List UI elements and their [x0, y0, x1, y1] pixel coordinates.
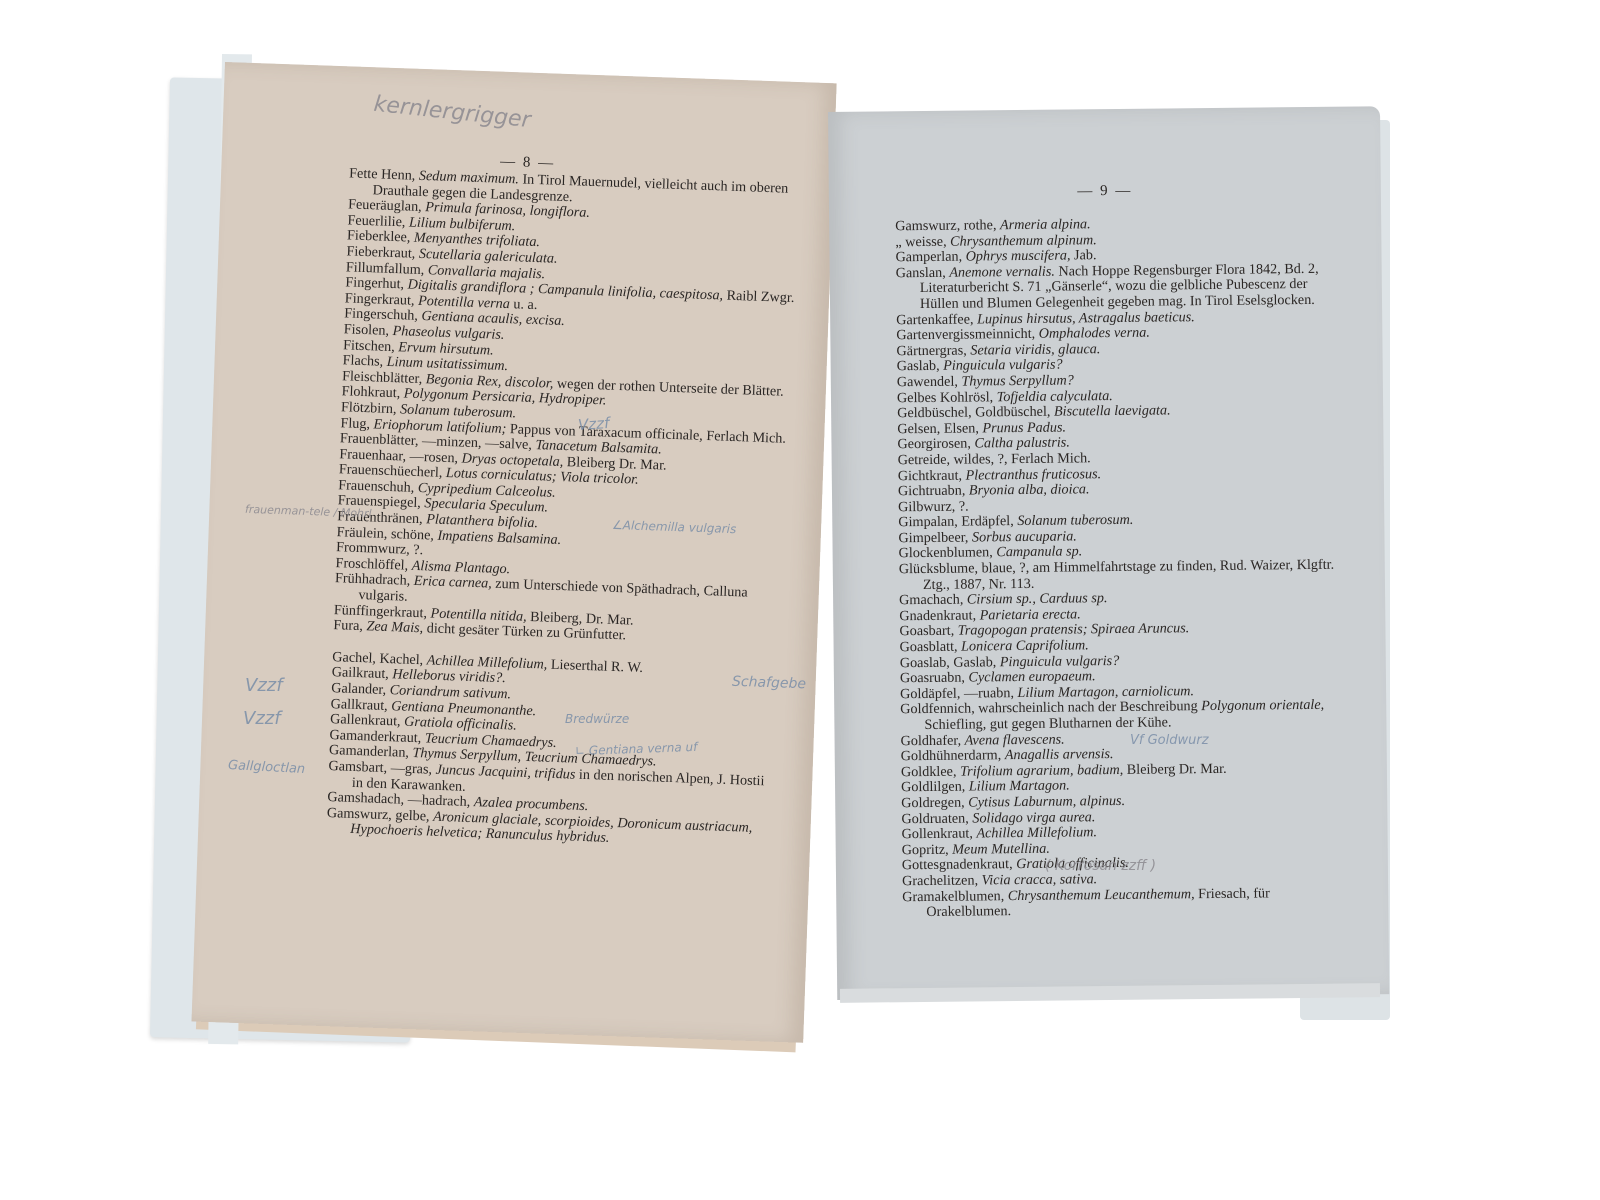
entry-term: Goldklee, — [901, 763, 957, 780]
entry-latin-name: Bryonia alba, dioica. — [969, 481, 1090, 498]
entry-term: Gärtnergras, — [896, 342, 966, 359]
entry-term: Goasruabn, — [900, 670, 965, 687]
entry-term: Gottesgnadenkraut, — [902, 856, 1013, 873]
entry-latin-name: Thymus Serpyllum? — [961, 372, 1073, 389]
entry-latin-name: Solanum tuberosum. — [1017, 512, 1133, 529]
entry-latin-name: Prunus Padus. — [982, 419, 1066, 436]
entry-term: Gaslab, — [897, 358, 940, 374]
entry-latin-name: Pinguicula vulgaris? — [1000, 653, 1120, 670]
entry-list: Gamswurz, rothe, Armeria alpina.„ weisse… — [895, 215, 1342, 921]
entry: Goldfennich, wahrscheinlich nach der Bes… — [900, 698, 1340, 734]
entry-latin-name: Setaria viridis, glauca. — [970, 341, 1100, 358]
entry-latin-name: Solidago virga aurea. — [972, 809, 1095, 826]
entry-latin-name: Anemone vernalis. — [949, 263, 1055, 280]
entry-latin-name: Chrysanthemum Leucanthemum, — [1008, 886, 1195, 904]
entry-latin-name: Tragopogan pratensis; Spiraea Aruncus. — [958, 621, 1190, 639]
entry-note: u. a. — [513, 296, 538, 313]
top-margin-note: kernlergrigger — [373, 92, 532, 133]
entry-term: Gimpelbeer, — [898, 529, 968, 546]
entry: Ganslan, Anemone vernalis. Nach Hoppe Re… — [896, 261, 1336, 312]
entry-latin-name: Cytisus Laburnum, alpinus. — [968, 793, 1125, 811]
entry-term: Goaslab, Gaslab, — [900, 654, 997, 671]
entry-latin-name: Achillea Millefolium. — [976, 824, 1097, 841]
entry-term: Gopritz, — [902, 842, 949, 858]
entry-term: Gamswurz, rothe, — [895, 217, 996, 234]
entry-term: Gichtkraut, — [898, 467, 962, 484]
entry-term: Goldregen, — [901, 795, 965, 812]
margin-note: Vf Goldwurz — [1130, 733, 1209, 748]
entry-latin-name: Cirsium sp., Carduus sp. — [967, 590, 1108, 607]
entry-latin-name: Erica carnea, — [414, 573, 493, 592]
entry: Gramakelblumen, Chrysanthemum Leucanthem… — [902, 885, 1342, 921]
entry-latin-name: Ophrys muscifera, — [966, 248, 1071, 265]
entry-term: Gamperlan, — [895, 249, 962, 266]
entry-term: Gmachach, — [899, 592, 963, 609]
entry-latin-name: Pinguicula vulgaris? — [943, 357, 1063, 374]
left-page: kernlergrigger — 8 — Fette Henn, Sedum m… — [191, 62, 836, 1043]
entry-term: Gelsen, Elsen, — [897, 420, 979, 437]
entry-term: Frühhadrach, — [335, 571, 411, 590]
entry-note: Lieserthal R. W. — [551, 657, 644, 676]
entry-term: Flachs, — [342, 352, 383, 369]
entry-term: Gichtruabn, — [898, 483, 966, 500]
margin-note: Vzzf — [245, 675, 283, 696]
entry-term: Glockenblumen, — [899, 545, 993, 562]
entry-latin-name: Plectranthus fruticosus. — [965, 466, 1101, 483]
entry-latin-name: Zea Mais, — [366, 619, 423, 637]
entry-term: Gartenkaffee, — [896, 311, 973, 328]
entry-latin-name: Tofjeldia calyculata. — [997, 388, 1113, 405]
entry-list: Fette Henn, Sedum maximum. In Tirol Maue… — [326, 166, 799, 852]
entry-term: Goldruaten, — [901, 810, 969, 827]
entry-latin-name: Omphalodes verna. — [1039, 325, 1150, 342]
entry-term: Goldäpfel, —ruabn, — [900, 685, 1014, 702]
margin-note: Schafgebe — [732, 674, 806, 693]
entry-term: Goldlilgen, — [901, 779, 965, 796]
entry-latin-name: Sorbus aucuparia. — [972, 528, 1077, 545]
entry-latin-name: Avena flavescens. — [965, 731, 1065, 748]
entry-latin-name: Lonicera Caprifolium. — [961, 637, 1089, 654]
entry-latin-name: Trifolium agrarium, badium, — [960, 762, 1123, 780]
entry-latin-name: Lilium Martagon. — [969, 778, 1070, 795]
entry-term: Gnadenkraut, — [899, 607, 976, 624]
entry-latin-name: Polygonum orientale, — [1201, 697, 1324, 714]
entry-latin-name: Lupinus hirsutus, Astragalus baeticus. — [977, 309, 1195, 327]
entry-term: Goasblatt, — [900, 639, 958, 656]
entry-term: Gramakelblumen, — [902, 888, 1004, 905]
entry-latin-name: Biscutella laevigata. — [1054, 403, 1171, 420]
entry-latin-name: Caltha palustris. — [974, 435, 1070, 452]
entry-term: Ganslan, — [896, 265, 946, 282]
entry-term: Fura, — [333, 617, 363, 634]
entry-term: Georgirosen, — [897, 436, 971, 453]
entry-note: Bleiberg Dr. Mar. — [1127, 761, 1227, 778]
entry-latin-name: Armeria alpina. — [1000, 216, 1091, 233]
margin-note: Bredwürze — [565, 712, 629, 726]
entry-term: „ weisse, — [895, 233, 946, 250]
entry-note: Raibl Zwgr. — [726, 288, 794, 306]
entry-term: Gelbes Kohlrösl, — [897, 389, 993, 406]
entry: Glücksblume, blaue, ?, am Himmelfahrtsta… — [899, 558, 1339, 594]
entry-term: Gawendel, — [897, 374, 958, 391]
entry-term: Goasbart, — [899, 623, 954, 640]
entry-term: Fette Henn, — [349, 165, 416, 183]
entry-term: Flug, — [340, 415, 370, 432]
entry-term: Gilbwurz, ?. — [898, 498, 969, 515]
entry-latin-name: Cyclamen europaeum. — [968, 668, 1095, 685]
margin-note: Vzzf — [577, 414, 609, 434]
entry-latin-name: Parietaria erecta. — [980, 606, 1081, 623]
entry-term: Gollenkraut, — [901, 826, 972, 843]
entry-latin-name: Campanula sp. — [996, 544, 1082, 561]
entry-note: Schiefling, gut gegen Blutharnen der Küh… — [924, 714, 1171, 733]
margin-note: Vzzf — [243, 708, 281, 729]
entry-latin-name: Meum Mutellina. — [952, 840, 1050, 857]
entry-term: Goldhühnerdarm, — [901, 747, 1002, 764]
entry-term: Glücksblume, blaue, ?, am Himmelfahrtsta… — [899, 557, 1335, 593]
entry-latin-name: Anagallis arvensis. — [1005, 746, 1114, 763]
entry-note: Jab. — [1074, 247, 1097, 263]
entry-term: Gimpalan, Erdäpfel, — [898, 513, 1014, 530]
entry-term: Goldhafer, — [901, 732, 962, 749]
page-number: — 9 — — [829, 180, 1381, 203]
entry-term: Grachelitzen, — [902, 872, 978, 889]
margin-note: ( Korrosan zzff ) — [1045, 858, 1156, 874]
